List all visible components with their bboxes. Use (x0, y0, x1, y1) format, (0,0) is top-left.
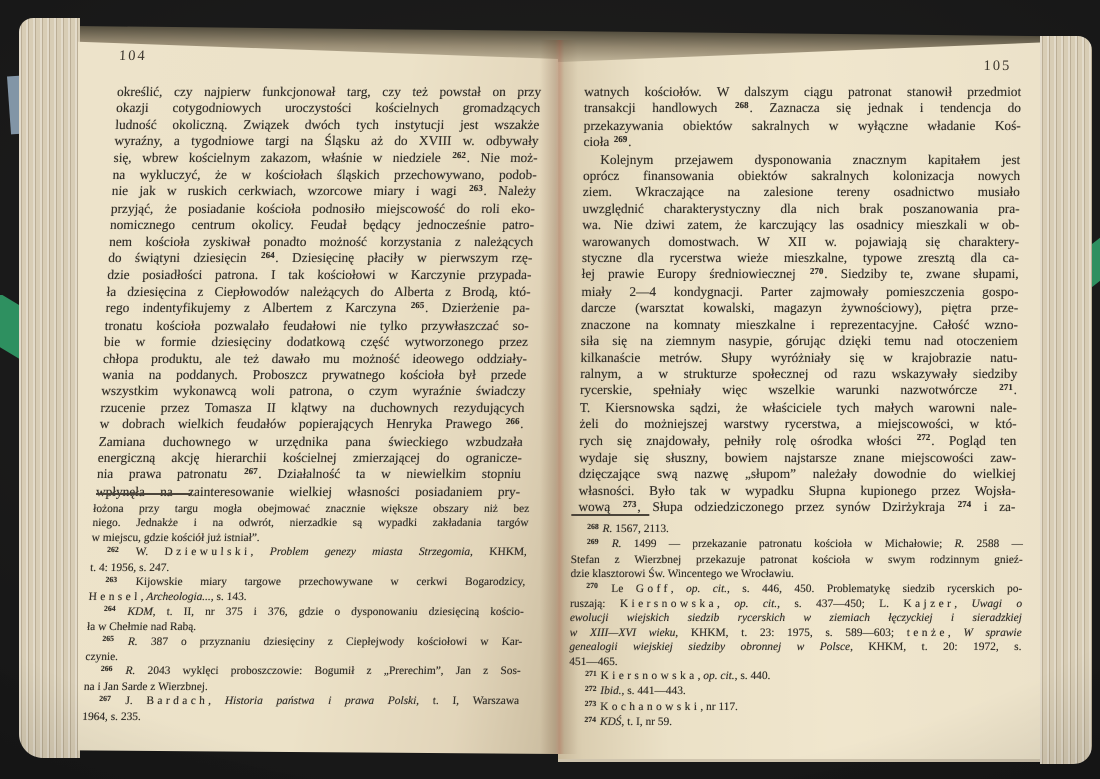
text-line: 263 Kijowskie miary targowe przechowywan… (89, 575, 526, 590)
page-edge-stack-left (19, 18, 80, 758)
text-line: się, wbrew kościelnym zakazom, właśnie w… (113, 150, 538, 167)
text-line: ła dziesięcina z Ciepłowodów należących … (106, 284, 531, 300)
text-line: dzięczające swą nazwę „słupom” należały … (579, 466, 1016, 482)
text-line: dzie klasztorowi Św. Wincentego we Wrocł… (570, 567, 1022, 581)
text-line: 262 W. Dziewulski, Problem genezy miasta… (91, 545, 528, 560)
page-number-right: 105 (983, 58, 1011, 75)
text-line: tronatu kościoła pozwalało feudałowi nie… (104, 318, 529, 334)
text-line: warowanych domostwach. W XII w. pojawiaj… (582, 234, 1019, 250)
text-line: 264 KDM, t. II, nr 375 i 376, gdzie o dy… (87, 605, 524, 620)
text-line: własności. Było tak w wypadku Słupna kup… (579, 483, 1016, 499)
text-line: rycerskie, spełniały więc wszelkie warun… (580, 382, 1017, 399)
text-line: rzucenie przez Tomasza II klątwy na duch… (100, 400, 525, 416)
text-line: watnych kościołów. W dalszym ciągu patro… (584, 84, 1021, 100)
text-line: kilkanaście metrów. Słupy wyróżniały się… (580, 350, 1017, 366)
text-line: przyjąć, że posiadanie kościoła podnosił… (111, 201, 536, 217)
text-line: wpłynęła na zainteresowanie wielkiej wła… (96, 484, 521, 500)
text-line: ła w Chełmie nad Rabą. (87, 620, 524, 634)
page-number-left: 104 (118, 48, 147, 65)
text-line: ewolucji wiejskich siedzib rycerskich w … (570, 611, 1022, 625)
text-line: wa. Nie dziwi zatem, że karczujący las o… (582, 217, 1019, 233)
text-line: energiczną akcję hierarchii kościelnej z… (97, 450, 522, 466)
text-line: wydaje się słuszny, bowiem najstarsze zn… (579, 450, 1016, 466)
text-line: łożona przy targu mogła obejmować znaczn… (93, 502, 530, 516)
left-page-content: 104 określić, czy najpierw funkcjonował … (40, 36, 558, 754)
text-line: 270 Le Goff, op. cit., s. 446, 450. Prob… (570, 582, 1022, 597)
text-line: 272 Ibid., s. 441—443. (569, 684, 1021, 699)
text-line: 268 R. 1567, 2113. (571, 522, 1023, 537)
text-line: t. 4: 1956, s. 247. (90, 561, 527, 575)
text-line: 451—465. (569, 655, 1021, 669)
right-page-body-text: watnych kościołów. W dalszym ciągu patro… (578, 84, 1021, 517)
text-line: 271 Kiersnowska, op. cit., s. 440. (569, 669, 1021, 684)
right-page: 105 watnych kościołów. W dalszym ciągu p… (558, 36, 1040, 762)
text-line: miały 2—4 kondygnacji. Parter zajmowały … (581, 284, 1018, 300)
text-line: znaczone na komnaty mieszkalne i repreze… (581, 317, 1018, 333)
text-line: wania na poddanych. Proboszcz prywatnego… (102, 367, 527, 383)
left-page-footnotes: łożona przy targu mogła obejmować znaczn… (82, 502, 530, 724)
text-line: nomicznego centrum okolicy. Feudał będąc… (110, 217, 535, 233)
photo-of-open-book: 104 określić, czy najpierw funkcjonował … (0, 0, 1100, 779)
left-page: 104 określić, czy najpierw funkcjonował … (78, 36, 558, 754)
text-line: Zamiana duchownego w urzędnika pana świe… (98, 434, 523, 450)
text-line: ralnym, a w strukturze społecznej od raz… (580, 366, 1017, 382)
text-line: uwzględnić charakterystyczny dla nich br… (582, 201, 1019, 217)
right-page-footnotes: 268 R. 1567, 2113.269 R. 1499 — przekaza… (568, 522, 1023, 731)
text-line: w miejscu, gdzie kościół już istniał”. (91, 531, 528, 545)
text-line: do świątyni dziesięcin 264. Dziesięcinę … (108, 250, 533, 267)
text-line: okazji cotygodniowych uroczystości kości… (116, 100, 541, 116)
text-line: ziem. Wkraczające na zalesione tereny os… (583, 184, 1020, 200)
text-line: 269 R. 1499 — przekazanie patronatu kośc… (571, 537, 1023, 552)
text-line: 267 J. Bardach, Historia państwa i prawa… (83, 694, 520, 709)
text-line: chłopa produktu, ale też dawało mu możno… (103, 351, 528, 367)
text-line: siła się na ziemnym nasypie, górując dzi… (581, 333, 1018, 349)
right-page-content: 105 watnych kościołów. W dalszym ciągu p… (548, 36, 1040, 762)
text-line: cioła 269. (583, 134, 1020, 151)
text-line: Hensel, Archeologia..., s. 143. (88, 590, 525, 604)
text-line: 266 R. 2043 wyklęci proboszczowie: Bogum… (84, 664, 521, 679)
text-line: nem kościoła zyskiwał ponadto możność ko… (109, 234, 534, 250)
text-line: niego. Jednakże i na odwrót, nierzadkie … (92, 516, 529, 530)
text-line: ruszają: Kiersnowska, op. cit., s. 437—4… (570, 597, 1022, 611)
text-line: w dobrach wielkich feudałów popierającyc… (99, 416, 524, 433)
text-line: nia prawa patronatu 267. Działalność ta … (97, 466, 522, 483)
text-line: darcze (warsztat kowalski, magazyn żywno… (581, 300, 1018, 316)
text-line: żeli do możniejszej warstwy rycerstwa, a… (579, 416, 1016, 432)
text-line: nie jak w ruskich cerkwiach, wzorcowe mi… (111, 183, 536, 200)
text-line: genealogii wiejskiej siedziby obronnej w… (569, 640, 1021, 654)
text-line: przekazywania obiektów sakralnych w wyłą… (584, 118, 1021, 134)
text-line: transakcji handlowych 268. Zaznacza się … (584, 100, 1021, 117)
text-line: 274 KDŚ, t. I, nr 59. (568, 715, 1020, 730)
text-line: styczne dla rycerstwa wieże mieszkalne, … (582, 250, 1019, 266)
text-line: bie w formie dziesięciny dodatkową część… (104, 334, 529, 350)
text-line: na wykluczyć, że w kościołach śląskich p… (112, 167, 537, 183)
text-line: określić, czy najpierw funkcjonował targ… (117, 84, 542, 100)
text-line: T. Kiersnowska sądzi, że właściciele tyc… (580, 400, 1017, 416)
text-line: wyraźny, a tygodniowe targi na Śląsku aż… (114, 133, 539, 149)
left-page-body-text: określić, czy najpierw funkcjonował targ… (96, 84, 542, 500)
footnote-separator-left (96, 493, 192, 495)
text-line: 273 Kochanowski, nr 117. (569, 700, 1021, 715)
text-line: czynie. (85, 650, 522, 664)
text-line: Stefan z Wierzbnej przekazuje patronat k… (571, 553, 1023, 567)
text-line: w XIII—XVI wieku, KHKM, t. 23: 1975, s. … (570, 626, 1022, 640)
text-line: 265 R. 387 o przyznaniu dziesięciny z Ci… (86, 635, 523, 650)
page-edge-stack-right (1040, 36, 1092, 764)
text-line: na i Jan Sarde z Wierzbnej. (84, 680, 521, 694)
text-line: 1964, s. 235. (82, 710, 519, 724)
text-line: ludność okoliczną. Związek dwóch tych in… (115, 117, 540, 133)
footnote-separator-right (571, 514, 649, 516)
text-line: łej prawie Europy średniowiecznej 270. S… (582, 266, 1019, 283)
text-line: Kolejnym przejawem dysponowania znacznym… (583, 152, 1020, 168)
text-line: rych się znajdowały, pełniły rolę ośrodk… (579, 433, 1016, 450)
text-line: rego indentyfikujemy z Albertem z Karczy… (105, 300, 530, 317)
text-line: wszystkim wykonawcą woli patrona, o czym… (101, 383, 526, 399)
text-line: dzie posiadłości patrona. I tak kościoło… (107, 267, 532, 283)
text-line: oprócz finansowania obiektów sakralnych … (583, 168, 1020, 184)
